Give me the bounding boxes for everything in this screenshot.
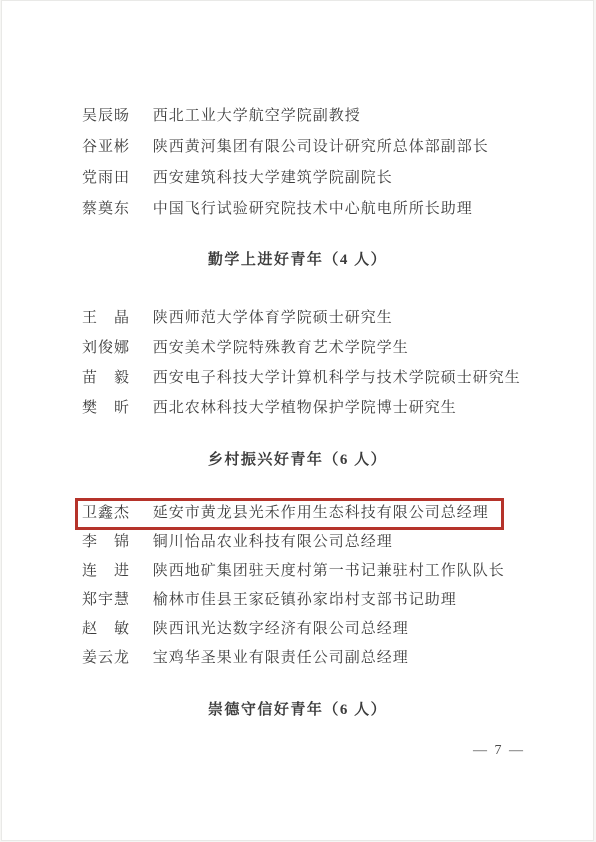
document-page: 吴辰旸 西北工业大学航空学院副教授 谷亚彬 陕西黄河集团有限公司设计研究所总体部… bbox=[1, 0, 594, 841]
list-item: 蔡奠东 中国飞行试验研究院技术中心航电所所长助理 bbox=[82, 194, 553, 225]
person-name: 李 锦 bbox=[82, 528, 148, 557]
person-title: 陕西地矿集团驻天度村第一书记兼驻村工作队队长 bbox=[153, 557, 505, 586]
person-title: 西安电子科技大学计算机科学与技术学院硕士研究生 bbox=[153, 363, 521, 393]
person-name: 苗 毅 bbox=[82, 363, 148, 393]
person-name: 姜云龙 bbox=[82, 644, 148, 673]
person-title: 西安建筑科技大学建筑学院副院长 bbox=[153, 163, 393, 194]
list-item-highlighted: 卫鑫杰 延安市黄龙县光禾作用生态科技有限公司总经理 bbox=[82, 499, 553, 528]
list-item: 连 进 陕西地矿集团驻天度村第一书记兼驻村工作队队长 bbox=[82, 557, 553, 586]
person-name: 樊 昕 bbox=[82, 393, 148, 423]
person-name: 党雨田 bbox=[82, 163, 148, 194]
person-name: 谷亚彬 bbox=[82, 132, 148, 163]
person-title: 陕西黄河集团有限公司设计研究所总体部副部长 bbox=[153, 132, 489, 163]
list-item: 谷亚彬 陕西黄河集团有限公司设计研究所总体部副部长 bbox=[82, 132, 553, 163]
person-title: 陕西师范大学体育学院硕士研究生 bbox=[153, 303, 393, 333]
list-item: 赵 敏 陕西讯光达数字经济有限公司总经理 bbox=[82, 615, 553, 644]
person-title: 西安美术学院特殊教育艺术学院学生 bbox=[153, 333, 409, 363]
person-title: 西北农林科技大学植物保护学院博士研究生 bbox=[153, 393, 457, 423]
person-title: 延安市黄龙县光禾作用生态科技有限公司总经理 bbox=[153, 499, 489, 528]
person-name: 蔡奠东 bbox=[82, 194, 148, 225]
list-item: 樊 昕 西北农林科技大学植物保护学院博士研究生 bbox=[82, 393, 553, 423]
list-item: 王 晶 陕西师范大学体育学院硕士研究生 bbox=[82, 303, 553, 333]
section-continuation-list: 吴辰旸 西北工业大学航空学院副教授 谷亚彬 陕西黄河集团有限公司设计研究所总体部… bbox=[82, 101, 553, 225]
section-header-diligent-youth: 勤学上进好青年（4 人） bbox=[2, 248, 593, 269]
person-name: 王 晶 bbox=[82, 303, 148, 333]
list-item: 苗 毅 西安电子科技大学计算机科学与技术学院硕士研究生 bbox=[82, 363, 553, 393]
person-title: 铜川怡品农业科技有限公司总经理 bbox=[153, 528, 393, 557]
person-title: 陕西讯光达数字经济有限公司总经理 bbox=[153, 615, 409, 644]
person-name: 刘俊娜 bbox=[82, 333, 148, 363]
section-diligent-youth-list: 王 晶 陕西师范大学体育学院硕士研究生 刘俊娜 西安美术学院特殊教育艺术学院学生… bbox=[82, 303, 553, 423]
list-item: 刘俊娜 西安美术学院特殊教育艺术学院学生 bbox=[82, 333, 553, 363]
person-name: 连 进 bbox=[82, 557, 148, 586]
person-name: 卫鑫杰 bbox=[82, 499, 148, 528]
person-name: 吴辰旸 bbox=[82, 101, 148, 132]
person-title: 中国飞行试验研究院技术中心航电所所长助理 bbox=[153, 194, 473, 225]
person-title: 西北工业大学航空学院副教授 bbox=[153, 101, 361, 132]
section-header-virtue-integrity-youth: 崇德守信好青年（6 人） bbox=[2, 698, 593, 719]
person-name: 郑宇慧 bbox=[82, 586, 148, 615]
person-title: 宝鸡华圣果业有限责任公司副总经理 bbox=[153, 644, 409, 673]
section-header-rural-revitalization-youth: 乡村振兴好青年（6 人） bbox=[2, 448, 593, 469]
list-item: 吴辰旸 西北工业大学航空学院副教授 bbox=[82, 101, 553, 132]
list-item: 姜云龙 宝鸡华圣果业有限责任公司副总经理 bbox=[82, 644, 553, 673]
person-name: 赵 敏 bbox=[82, 615, 148, 644]
section-rural-revitalization-list: 卫鑫杰 延安市黄龙县光禾作用生态科技有限公司总经理 李 锦 铜川怡品农业科技有限… bbox=[82, 499, 553, 673]
page-number: — 7 — bbox=[473, 743, 525, 759]
person-title: 榆林市佳县王家砭镇孙家岇村支部书记助理 bbox=[153, 586, 457, 615]
list-item: 郑宇慧 榆林市佳县王家砭镇孙家岇村支部书记助理 bbox=[82, 586, 553, 615]
list-item: 党雨田 西安建筑科技大学建筑学院副院长 bbox=[82, 163, 553, 194]
list-item: 李 锦 铜川怡品农业科技有限公司总经理 bbox=[82, 528, 553, 557]
